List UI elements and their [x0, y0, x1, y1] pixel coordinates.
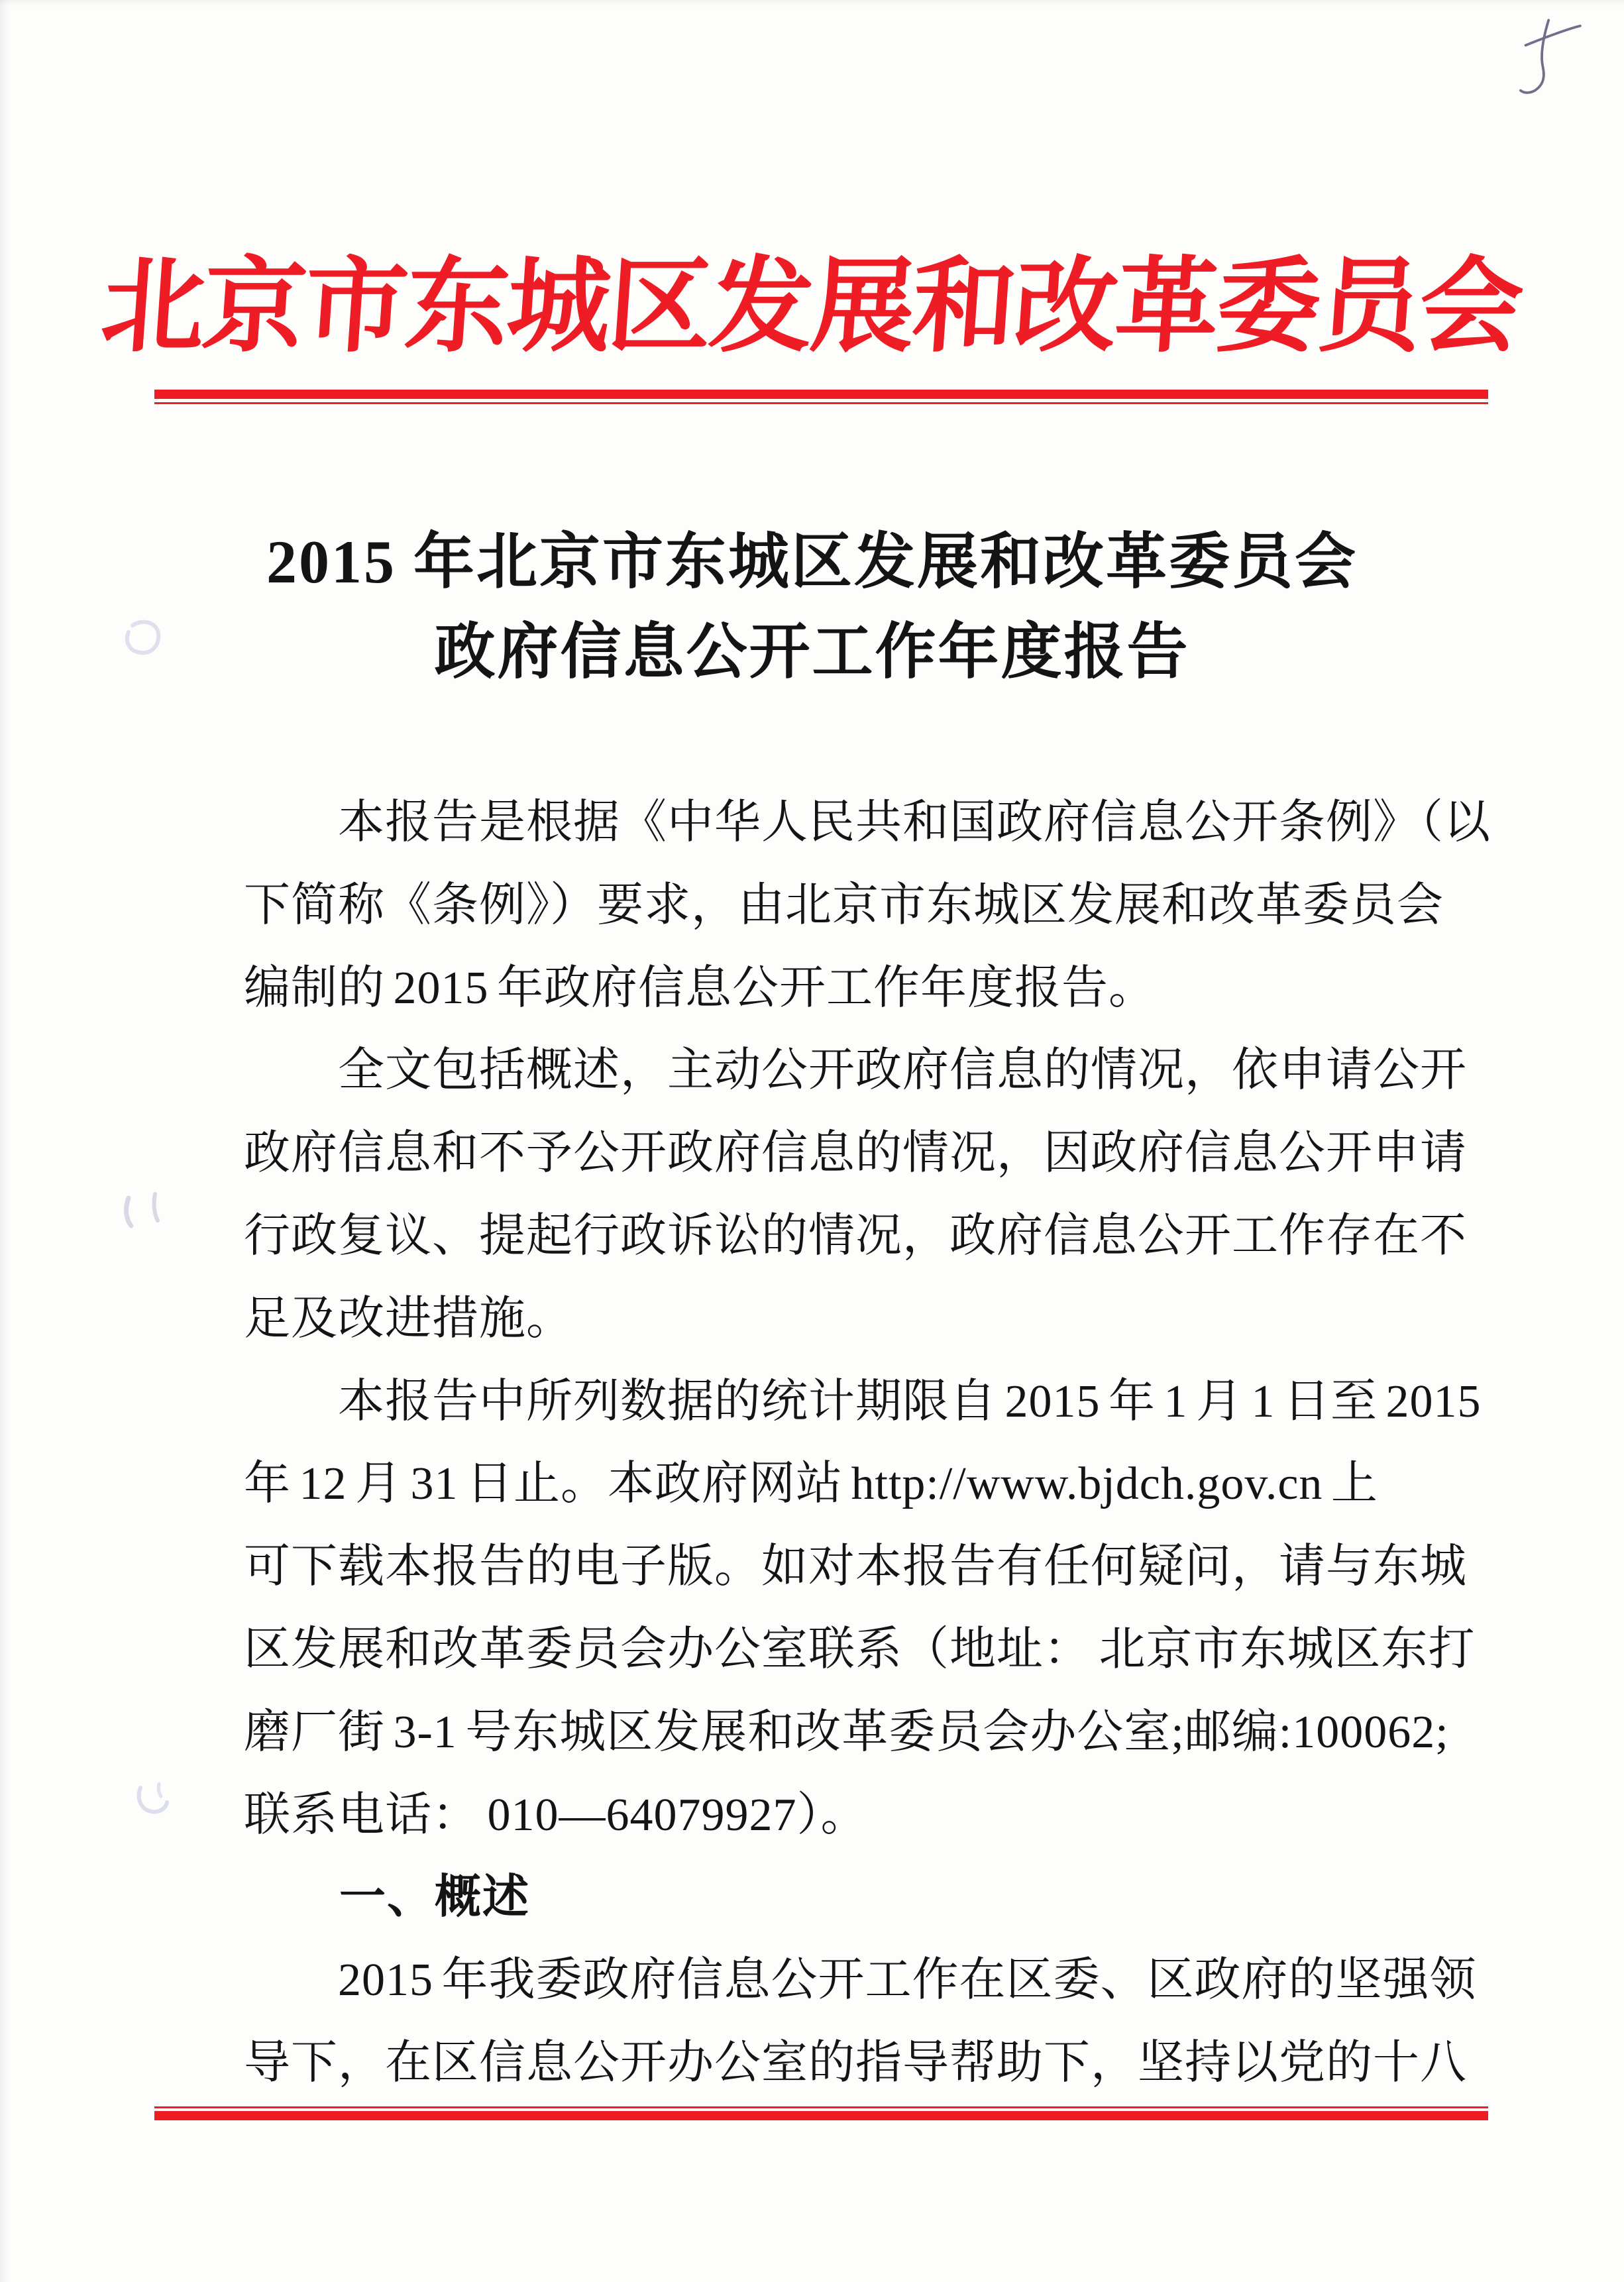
- letterhead-divider-thick-bar: [154, 390, 1488, 399]
- document-title-line1: 2015 年北京市东城区发展和改革委员会: [0, 517, 1624, 607]
- body-line: 区发展和改革委员会办公室联系（地址： 北京市东城区东打: [244, 1609, 1443, 1692]
- handwritten-pen-mark: [1511, 17, 1584, 103]
- footer-divider-rule: [154, 2106, 1488, 2120]
- document-title-line2: 政府信息公开工作年度报告: [0, 607, 1624, 697]
- body-line: 编制的 2015 年政府信息公开工作年度报告。: [244, 948, 1443, 1030]
- body-line: 政府信息和不予公开政府信息的情况，因政府信息公开申请: [244, 1113, 1443, 1195]
- body-line: 下简称《条例》）要求，由北京市东城区发展和改革委员会: [244, 865, 1443, 948]
- body-line: 2015 年我委政府信息公开工作在区委、区政府的坚强领: [244, 1939, 1443, 2022]
- body-line: 导下，在区信息公开办公室的指导帮助下，坚持以党的十八: [244, 2022, 1443, 2105]
- footer-divider-thick-bar: [154, 2111, 1488, 2120]
- scan-smudge: [133, 1780, 186, 1826]
- body-line: 联系电话： 010—64079927）。: [244, 1774, 1443, 1857]
- letterhead-agency-name: 北京市东城区发展和改革委员会: [0, 223, 1624, 372]
- scan-smudge: [118, 1190, 178, 1243]
- body-line: 可下载本报告的电子版。如对本报告有任何疑问，请与东城: [244, 1526, 1443, 1609]
- body-line: 全文包括概述，主动公开政府信息的情况，依申请公开: [244, 1030, 1443, 1113]
- body-line: 年 12 月 31 日止。本政府网站 http://www.bjdch.gov.…: [244, 1443, 1443, 1526]
- body-line: 本报告中所列数据的统计期限自 2015 年 1 月 1 日至 2015: [244, 1361, 1443, 1444]
- body-line: 磨厂街 3-1 号东城区发展和改革委员会办公室;邮编:100062;: [244, 1692, 1443, 1774]
- scanned-document-page: 北京市东城区发展和改革委员会 2015 年北京市东城区发展和改革委员会 政府信息…: [0, 0, 1624, 2282]
- body-line: 本报告是根据《中华人民共和国政府信息公开条例》（以: [244, 782, 1443, 865]
- footer-divider-thin-line: [154, 2106, 1488, 2108]
- document-title: 2015 年北京市东城区发展和改革委员会 政府信息公开工作年度报告: [0, 517, 1624, 697]
- body-line: 行政复议、提起行政诉讼的情况，政府信息公开工作存在不: [244, 1195, 1443, 1278]
- letterhead-divider-thin-line: [154, 402, 1488, 404]
- section-heading: 一、概述: [244, 1857, 1443, 1939]
- body-line: 足及改进措施。: [244, 1278, 1443, 1361]
- letterhead-divider-rule: [154, 390, 1488, 404]
- document-body: 本报告是根据《中华人民共和国政府信息公开条例》（以 下简称《条例》）要求，由北京…: [244, 782, 1443, 2105]
